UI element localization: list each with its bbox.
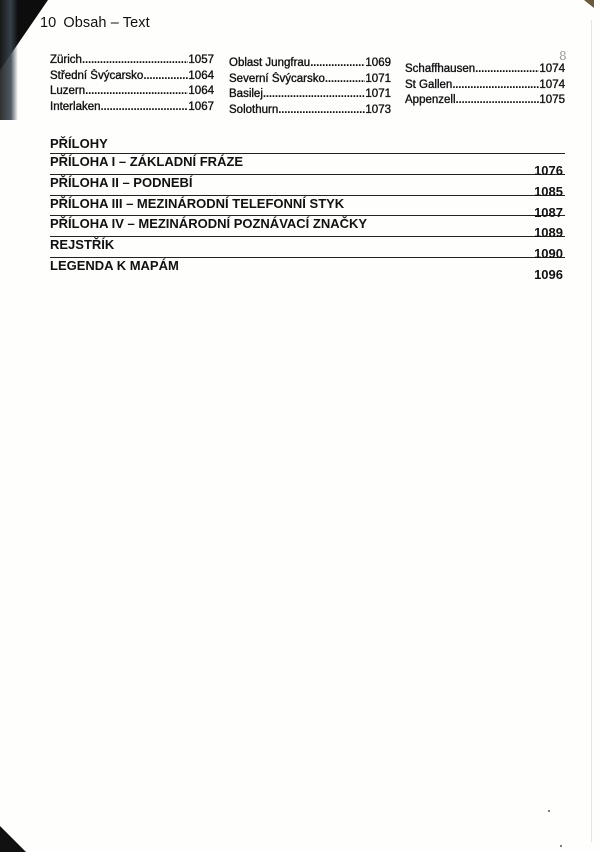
- appendix-entry[interactable]: PŘÍLOHA II – PODNEBÍ1085: [50, 175, 565, 196]
- leader-dots: [456, 93, 540, 109]
- leader-dots: [85, 84, 188, 100]
- leader-dots: [143, 69, 188, 85]
- leader-dots: [82, 53, 188, 69]
- scan-shadow-left-edge: [0, 0, 18, 120]
- leader-dots: [101, 100, 189, 116]
- leader-dots: [452, 78, 539, 94]
- toc-entry[interactable]: Oblast Jungfrau1069: [229, 56, 391, 72]
- appendix-entry[interactable]: LEGENDA K MAPÁM1096: [50, 258, 565, 278]
- appendices-section: PŘÍLOHY PŘÍLOHA I – ZÁKLADNÍ FRÁZE1076 P…: [50, 135, 565, 278]
- page-corner-top-right: [584, 0, 594, 8]
- page-number: 10: [40, 15, 56, 31]
- toc-entry[interactable]: Schaffhausen1074: [405, 62, 565, 78]
- leader-dots: [325, 72, 366, 88]
- leader-dots: [278, 103, 365, 119]
- scan-speck: [548, 810, 550, 812]
- region-column-1: Zürich1057 Střední Švýcarsko1064 Luzern1…: [50, 53, 214, 115]
- page-edge-right: [591, 20, 592, 842]
- handwritten-mark: 8: [559, 49, 567, 63]
- running-head: 10Obsah – Text: [40, 15, 150, 31]
- appendix-entry[interactable]: PŘÍLOHA I – ZÁKLADNÍ FRÁZE1076: [50, 154, 565, 175]
- toc-entry[interactable]: Luzern1064: [50, 84, 214, 100]
- toc-entry[interactable]: Interlaken1067: [50, 100, 214, 116]
- leader-dots: [475, 62, 539, 78]
- toc-entry[interactable]: Basilej1071: [229, 87, 391, 103]
- toc-entry[interactable]: Severní Švýcarsko1071: [229, 72, 391, 88]
- region-column-2: Oblast Jungfrau1069 Severní Švýcarsko107…: [229, 56, 391, 118]
- toc-entry[interactable]: Appenzell1075: [405, 93, 565, 109]
- appendix-entry[interactable]: PŘÍLOHA IV – MEZINÁRODNÍ POZNÁVACÍ ZNAČK…: [50, 216, 565, 237]
- book-page: 10Obsah – Text Zürich1057 Střední Švýcar…: [0, 0, 600, 852]
- leader-dots: [263, 87, 366, 103]
- scan-speck: [560, 845, 562, 847]
- toc-entry[interactable]: Střední Švýcarsko1064: [50, 69, 214, 85]
- toc-entry[interactable]: Zürich1057: [50, 53, 214, 69]
- toc-entry[interactable]: Solothurn1073: [229, 103, 391, 119]
- leader-dots: [310, 56, 365, 72]
- scan-shadow-bottom-left: [0, 826, 26, 852]
- toc-entry[interactable]: St Gallen1074: [405, 78, 565, 94]
- running-head-title: Obsah – Text: [63, 15, 149, 31]
- appendix-entry[interactable]: PŘÍLOHA III – MEZINÁRODNÍ TELEFONNÍ STYK…: [50, 196, 565, 217]
- region-column-3: Schaffhausen1074 St Gallen1074 Appenzell…: [405, 62, 565, 109]
- appendix-entry[interactable]: REJSTŘÍK1090: [50, 237, 565, 258]
- appendices-heading: PŘÍLOHY: [50, 135, 565, 154]
